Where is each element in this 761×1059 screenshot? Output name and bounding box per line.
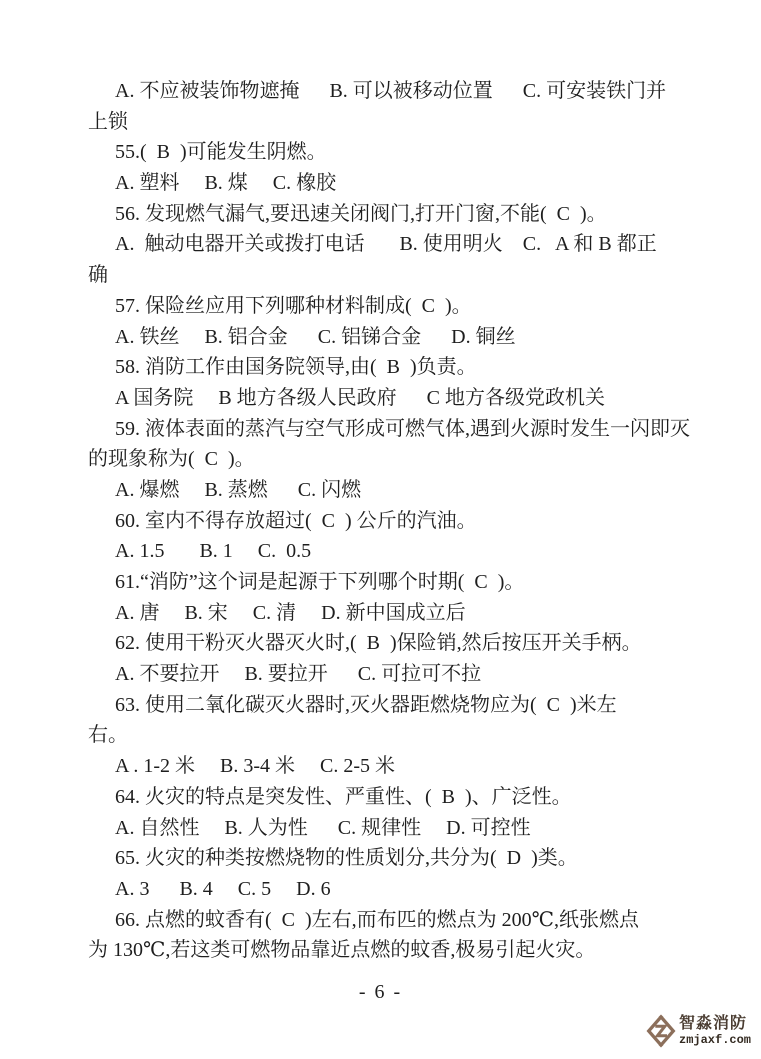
question-line: 60. 室内不得存放超过( C ) 公斤的汽油。 xyxy=(88,506,713,537)
question-line: 63. 使用二氧化碳灭火器时,灭火器距燃烧物应为( C )米左 xyxy=(88,690,713,721)
brand-domain: zmjaxf.com xyxy=(679,1034,751,1046)
question-line: 65. 火灾的种类按燃烧物的性质划分,共分为( D )类。 xyxy=(88,843,713,874)
options-line: A. 不要拉开 B. 要拉开 C. 可拉可不拉 xyxy=(88,659,713,690)
doc-line: A. 不应被装饰物遮掩 B. 可以被移动位置 C. 可安装铁门并 xyxy=(88,76,713,107)
question-line: 59. 液体表面的蒸汽与空气形成可燃气体,遇到火源时发生一闪即灭 xyxy=(88,414,713,445)
watermark: 智淼消防 zmjaxf.com xyxy=(646,1014,751,1048)
question-line: 58. 消防工作由国务院领导,由( B )负责。 xyxy=(88,352,713,383)
question-line: 55.( B )可能发生阴燃。 xyxy=(88,137,713,168)
doc-line: 确 xyxy=(88,260,713,291)
question-line: 64. 火灾的特点是突发性、严重性、( B )、广泛性。 xyxy=(88,782,713,813)
options-line: A. 3 B. 4 C. 5 D. 6 xyxy=(88,874,713,905)
page-number: - 6 - xyxy=(0,981,761,1004)
options-line: A. 爆燃 B. 蒸燃 C. 闪燃 xyxy=(88,475,713,506)
diamond-z-logo-icon xyxy=(646,1014,676,1048)
watermark-text: 智淼消防 zmjaxf.com xyxy=(679,1016,751,1046)
doc-line: 上锁 xyxy=(88,107,713,138)
doc-line: 的现象称为( C )。 xyxy=(88,444,713,475)
options-line: A. 自然性 B. 人为性 C. 规律性 D. 可控性 xyxy=(88,813,713,844)
options-line: A. 塑料 B. 煤 C. 橡胶 xyxy=(88,168,713,199)
doc-line: 为 130℃,若这类可燃物品靠近点燃的蚊香,极易引起火灾。 xyxy=(88,935,713,966)
question-line: 57. 保险丝应用下列哪种材料制成( C )。 xyxy=(88,291,713,322)
options-line: A. 唐 B. 宋 C. 清 D. 新中国成立后 xyxy=(88,598,713,629)
exam-question-page: A. 不应被装饰物遮掩 B. 可以被移动位置 C. 可安装铁门并 上锁 55.(… xyxy=(88,76,713,966)
brand-name: 智淼消防 xyxy=(679,1016,751,1032)
options-line: A. 铁丝 B. 铝合金 C. 铝锑合金 D. 铜丝 xyxy=(88,322,713,353)
question-line: 56. 发现燃气漏气,要迅速关闭阀门,打开门窗,不能( C )。 xyxy=(88,199,713,230)
options-line: A . 1-2 米 B. 3-4 米 C. 2-5 米 xyxy=(88,751,713,782)
options-line: A. 1.5 B. 1 C. 0.5 xyxy=(88,536,713,567)
question-line: 66. 点燃的蚊香有( C )左右,而布匹的燃点为 200℃,纸张燃点 xyxy=(88,905,713,936)
question-line: 62. 使用干粉灭火器灭火时,( B )保险销,然后按压开关手柄。 xyxy=(88,628,713,659)
doc-line: 右。 xyxy=(88,720,713,751)
question-line: 61.“消防”这个词是起源于下列哪个时期( C )。 xyxy=(88,567,713,598)
options-line: A. 触动电器开关或拨打电话 B. 使用明火 C. A 和 B 都正 xyxy=(88,229,713,260)
options-line: A 国务院 B 地方各级人民政府 C 地方各级党政机关 xyxy=(88,383,713,414)
